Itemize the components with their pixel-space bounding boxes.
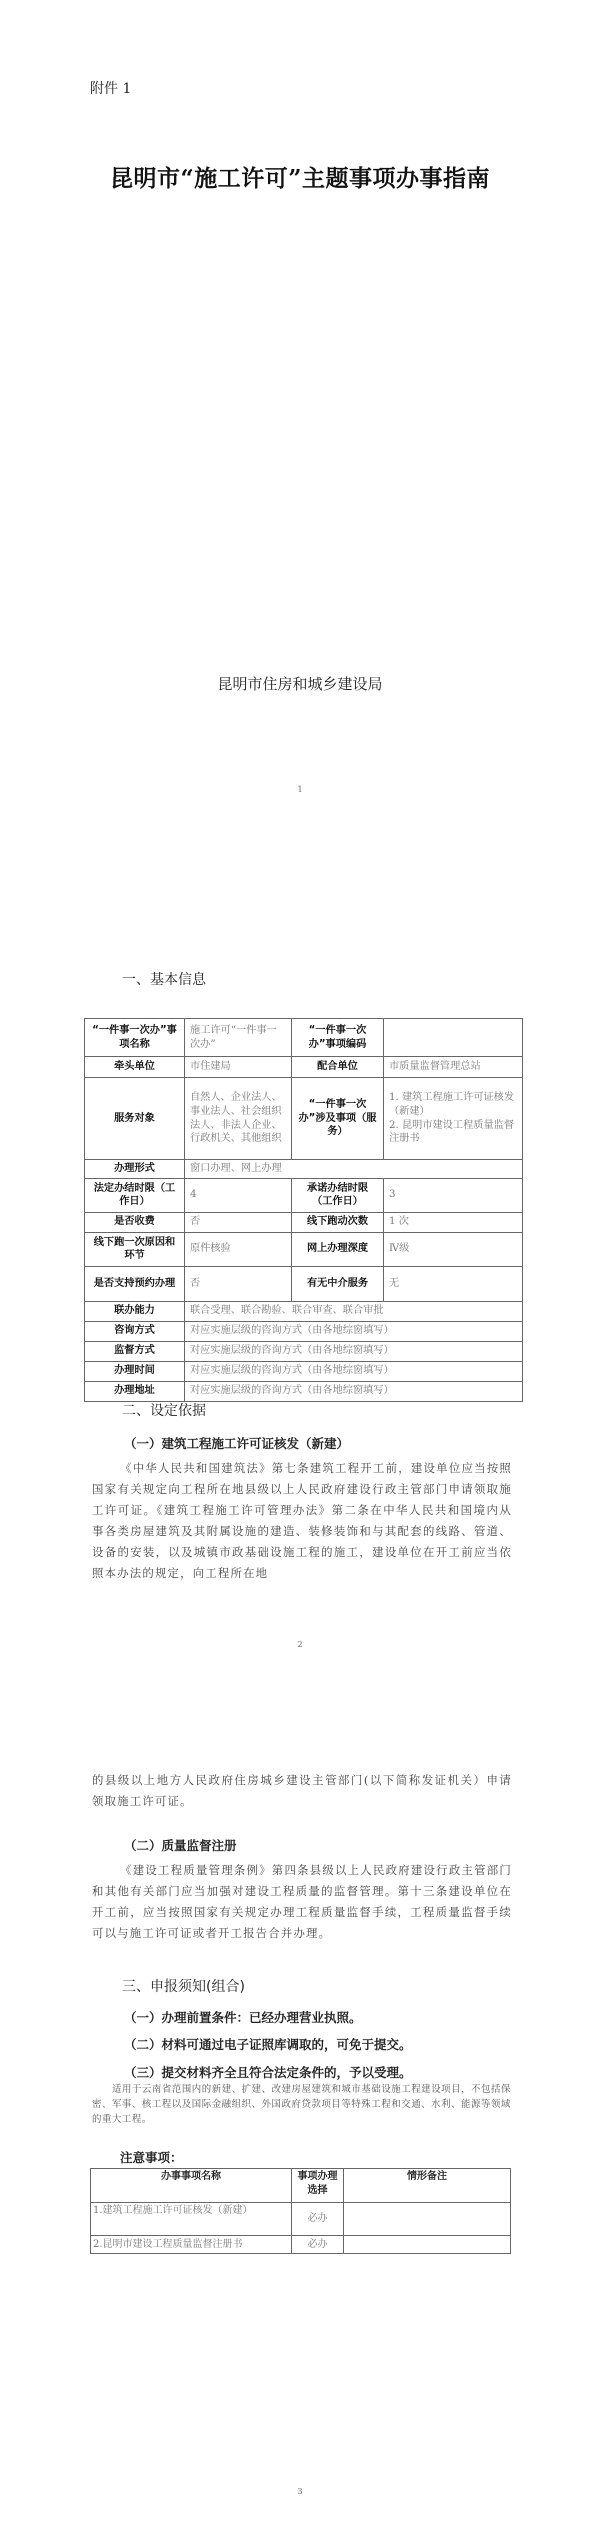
table-row: 监督方式 对应实施层级的咨询方式（由各地综窗填写） [85, 1341, 523, 1361]
notes-table: 办事事项名称 事项办理选择 情形备注 1.建筑工程施工许可证核发（新建） 必办 … [90, 2168, 511, 2254]
precondition-item: （一）办理前置条件：已经办理营业执照。 [124, 2008, 362, 2026]
table-row: 办理时间 对应实施层级的咨询方式（由各地综窗填写） [85, 1361, 523, 1381]
paragraph-text: 适用于云南省范围内的新建、扩建、改建房屋建筑和城市基础设施工程建设项目，不包括保… [92, 2084, 511, 2125]
table-row: 牵头单位 市住建局 配合单位 市质量监督管理总站 [85, 1057, 523, 1078]
item-name-cell: 2.昆明市建设工程质量监督注册书 [91, 2236, 292, 2254]
label-cell: “一件事一次办”涉及事项（服务） [292, 1078, 384, 1160]
page-number: 2 [0, 1640, 600, 1649]
table-row: 2.昆明市建设工程质量监督注册书 必办 [91, 2236, 511, 2254]
section-heading-legal-basis: 二、设定依据 [122, 1400, 206, 1420]
acceptance-item: （三）提交材料齐全且符合法定条件的，予以受理。 [124, 2063, 412, 2081]
value-cell: 窗口办理、网上办理 [185, 1160, 523, 1179]
label-cell: 是否支持预约办理 [85, 1266, 185, 1301]
label-cell: 网上办理深度 [292, 1232, 384, 1266]
table-row: 联办能力 联合受理、联合勘验、联合审查、联合审批 [85, 1301, 523, 1321]
table-header-row: 办事事项名称 事项办理选择 情形备注 [91, 2169, 511, 2203]
subsection-heading-quality-supervision: （二）质量监督注册 [124, 1836, 237, 1854]
label-cell: 服务对象 [85, 1078, 185, 1160]
label-cell: 承诺办结时限（工作日） [292, 1178, 384, 1212]
label-cell: 办理形式 [85, 1160, 185, 1179]
value-cell: 市质量监督管理总站 [384, 1057, 523, 1078]
related-item-2: 2. 昆明市建设工程质量监督注册书 [389, 1119, 517, 1146]
issuing-authority: 昆明市住房和城乡建设局 [0, 673, 600, 694]
table-row: 法定办结时限（工作日） 4 承诺办结时限（工作日） 3 [85, 1178, 523, 1212]
label-cell: 办理时间 [85, 1361, 185, 1381]
value-cell: 否 [185, 1212, 292, 1232]
paragraph-text: 《中华人民共和国建筑法》第七条建筑工程开工前，建设单位应当按照国家有关规定向工程… [92, 1461, 512, 1580]
choice-cell: 必办 [292, 2236, 344, 2254]
related-item-1: 1. 建筑工程施工许可证核发（新建） [389, 1091, 517, 1118]
table-row: 是否收费 否 线下跑动次数 1 次 [85, 1212, 523, 1232]
section-heading-application-notes: 三、申报须知(组合) [122, 1976, 245, 1996]
label-cell: 咨询方式 [85, 1321, 185, 1341]
annex-label: 附件 1 [90, 78, 131, 98]
label-cell: “一件事一次办”事项编码 [292, 1019, 384, 1057]
subsection-heading-construction-permit: （一）建筑工程施工许可证核发（新建） [124, 1434, 349, 1452]
basic-info-table: “一件事一次办”事项名称 施工许可“一件事一次办” “一件事一次办”事项编码 牵… [84, 1018, 523, 1402]
label-cell: “一件事一次办”事项名称 [85, 1019, 185, 1057]
table-row: 咨询方式 对应实施层级的咨询方式（由各地综窗填写） [85, 1321, 523, 1341]
table-row: 服务对象 自然人、企业法人、事业法人、社会组织法人、非法人企业、行政机关、其他组… [85, 1078, 523, 1160]
column-header-remark: 情形备注 [344, 2169, 511, 2203]
document-title: 昆明市“施工许可”主题事项办事指南 [0, 160, 600, 193]
scope-paragraph: 适用于云南省范围内的新建、扩建、改建房屋建筑和城市基础设施工程建设项目，不包括保… [92, 2082, 512, 2127]
table-row: 线下跑一次原因和环节 原件核验 网上办理深度 Ⅳ级 [85, 1232, 523, 1266]
remark-cell [344, 2203, 511, 2236]
label-cell: 是否收费 [85, 1212, 185, 1232]
label-cell: 线下跑一次原因和环节 [85, 1232, 185, 1266]
value-cell: Ⅳ级 [384, 1232, 523, 1266]
notes-label: 注意事项： [120, 2148, 183, 2166]
legal-basis-paragraph-2: 《建设工程质量管理条例》第四条县级以上人民政府建设行政主管部门和其他有关部门应当… [92, 1860, 512, 1944]
section-heading-basic-info: 一、基本信息 [122, 969, 206, 989]
remark-cell [344, 2236, 511, 2254]
label-cell: 有无中介服务 [292, 1266, 384, 1301]
table-row: 1.建筑工程施工许可证核发（新建） 必办 [91, 2203, 511, 2236]
value-cell: 联合受理、联合勘验、联合审查、联合审批 [185, 1301, 523, 1321]
table-row: 办理地址 对应实施层级的咨询方式（由各地综窗填写） [85, 1381, 523, 1401]
value-cell: 否 [185, 1266, 292, 1301]
label-cell: 法定办结时限（工作日） [85, 1178, 185, 1212]
page-number: 3 [0, 2487, 600, 2496]
value-cell: 对应实施层级的咨询方式（由各地综窗填写） [185, 1361, 523, 1381]
legal-basis-paragraph-1: 《中华人民共和国建筑法》第七条建筑工程开工前，建设单位应当按照国家有关规定向工程… [92, 1458, 512, 1584]
label-cell: 办理地址 [85, 1381, 185, 1401]
label-cell: 牵头单位 [85, 1057, 185, 1078]
value-cell: 1. 建筑工程施工许可证核发（新建） 2. 昆明市建设工程质量监督注册书 [384, 1078, 523, 1160]
legal-basis-paragraph-1-cont: 的县级以上地方人民政府住房城乡建设主管部门(以下简称发证机关）申请领取施工许可证… [92, 1770, 512, 1812]
label-cell: 监督方式 [85, 1341, 185, 1361]
value-cell: 对应实施层级的咨询方式（由各地综窗填写） [185, 1321, 523, 1341]
value-cell: 对应实施层级的咨询方式（由各地综窗填写） [185, 1381, 523, 1401]
value-cell: 1 次 [384, 1212, 523, 1232]
table-row: 是否支持预约办理 否 有无中介服务 无 [85, 1266, 523, 1301]
value-cell: 自然人、企业法人、事业法人、社会组织法人、非法人企业、行政机关、其他组织 [185, 1078, 292, 1160]
value-cell: 3 [384, 1178, 523, 1212]
electronic-certificate-item: （二）材料可通过电子证照库调取的，可免于提交。 [124, 2035, 412, 2053]
value-cell: 无 [384, 1266, 523, 1301]
label-cell: 联办能力 [85, 1301, 185, 1321]
label-cell: 配合单位 [292, 1057, 384, 1078]
label-cell: 线下跑动次数 [292, 1212, 384, 1232]
column-header-item-name: 办事事项名称 [91, 2169, 292, 2203]
choice-cell: 必办 [292, 2203, 344, 2236]
value-cell [384, 1019, 523, 1057]
value-cell: 4 [185, 1178, 292, 1212]
table-row: 办理形式 窗口办理、网上办理 [85, 1160, 523, 1179]
value-cell: 市住建局 [185, 1057, 292, 1078]
column-header-choice: 事项办理选择 [292, 2169, 344, 2203]
table-row: “一件事一次办”事项名称 施工许可“一件事一次办” “一件事一次办”事项编码 [85, 1019, 523, 1057]
page-number: 1 [0, 785, 600, 794]
paragraph-text: 《建设工程质量管理条例》第四条县级以上人民政府建设行政主管部门和其他有关部门应当… [92, 1863, 512, 1940]
value-cell: 对应实施层级的咨询方式（由各地综窗填写） [185, 1341, 523, 1361]
item-name-cell: 1.建筑工程施工许可证核发（新建） [91, 2203, 292, 2236]
value-cell: 原件核验 [185, 1232, 292, 1266]
value-cell: 施工许可“一件事一次办” [185, 1019, 292, 1057]
